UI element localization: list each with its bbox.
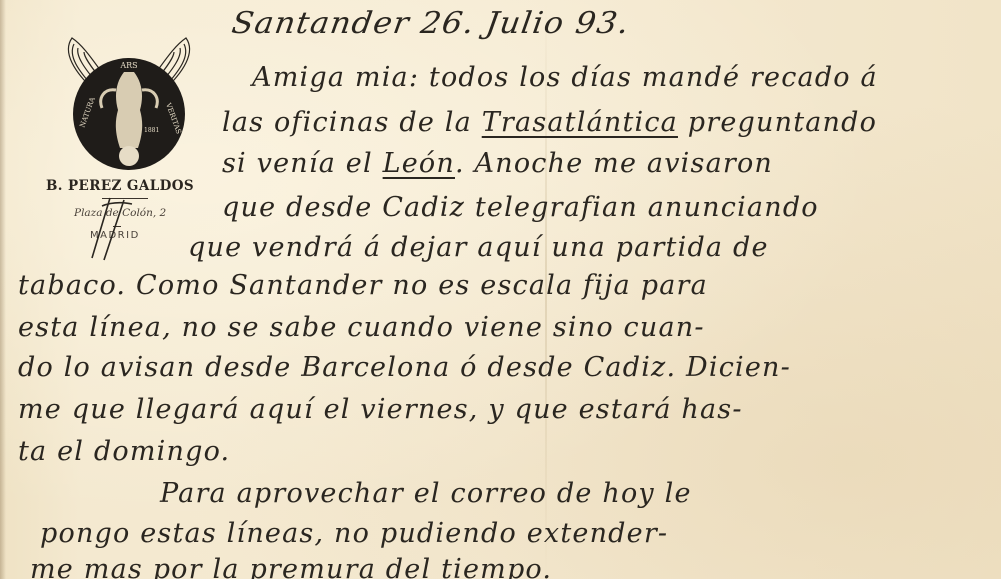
letter-line-10: ta el domingo. [18, 436, 230, 467]
letter-line-5: que vendrá á dejar aquí una partida de [188, 232, 769, 263]
paper-edge [0, 0, 6, 579]
underlined-ship-name: León [383, 148, 455, 179]
letter-line-9: me que llegará aquí el viernes, y que es… [18, 394, 743, 425]
letter-line-4: que desde Cadiz telegrafian anunciando [222, 192, 819, 223]
letter-line-3: si venía el León. Anoche me avisaron [222, 148, 773, 179]
letter-text: . Anoche me avisaron [455, 148, 773, 179]
letter-text: si venía el [222, 148, 373, 179]
letter-line-6: tabaco. Como Santander no es escala fija… [18, 270, 708, 301]
winged-emblem-icon: ARS NATURA VERITAS 1881 [54, 32, 204, 172]
letter-text: las oficinas de la [222, 107, 472, 138]
underlined-ship-name: Trasatlántica [482, 107, 678, 138]
letterhead-name: B. PEREZ GALDOS [46, 178, 226, 194]
letter-line-12: pongo estas líneas, no pudiendo extender… [40, 518, 668, 549]
letter-line-1: Amiga mia: todos los días mandé recado á [252, 62, 878, 93]
pen-flourish-icon [88, 196, 138, 262]
letter-line-2: las oficinas de la Trasatlántica pregunt… [222, 107, 877, 138]
svg-text:1881: 1881 [144, 127, 159, 134]
letter-page: ARS NATURA VERITAS 1881 B. PEREZ GALDOS … [0, 0, 1001, 579]
letter-text: preguntando [688, 107, 877, 138]
letter-line-8: do lo avisan desde Barcelona ó desde Cad… [18, 352, 791, 383]
letter-dateline: Santander 26. Julio 93. [229, 6, 632, 41]
letter-line-11: Para aprovechar el correo de hoy le [160, 478, 692, 509]
letter-line-7: esta línea, no se sabe cuando viene sino… [18, 312, 705, 343]
letter-line-13: me mas por la premura del tiempo. [30, 554, 552, 579]
svg-text:ARS: ARS [119, 61, 137, 70]
